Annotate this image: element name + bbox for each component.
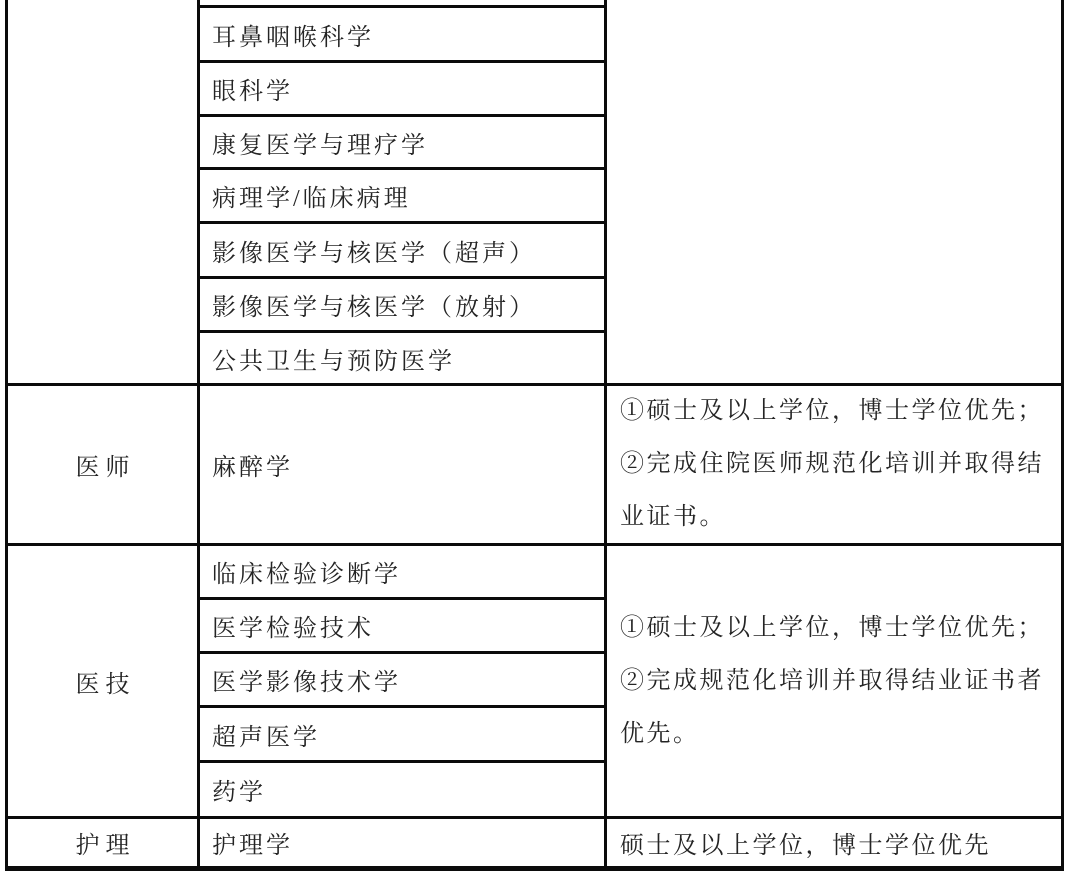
category-cell-physician: 医师 [8,383,197,543]
requirement-line: ①硕士及以上学位，博士学位优先； [620,602,1057,655]
requirement-line: ①硕士及以上学位，博士学位优先； [620,385,1057,438]
category-cell-cutoff [8,0,197,383]
specialty-cell-ultrasound-medicine: 超声医学 [197,705,604,760]
specialty-cell-ent: 耳鼻咽喉科学 [197,5,604,60]
requirement-text-physician: ①硕士及以上学位，博士学位优先； ②完成住院医师规范化培训并取得结 业证书。 [620,385,1057,543]
requirement-text-nursing: 硕士及以上学位，博士学位优先 [620,825,1057,860]
specialty-cell-lab-technology: 医学检验技术 [197,597,604,651]
specialty-cell-rehabilitation: 康复医学与理疗学 [197,114,604,167]
specialty-cell-pathology: 病理学/临床病理 [197,167,604,221]
specialty-cell-imaging-ultrasound: 影像医学与核医学（超声） [197,221,604,276]
specialty-cell-imaging-technology: 医学影像技术学 [197,651,604,705]
requirement-line: 硕士及以上学位，博士学位优先 [620,825,1057,860]
requirement-line: 优先。 [620,708,1057,761]
specialty-cell-lab-diagnostics: 临床检验诊断学 [197,543,604,597]
requirement-cell-medtech: ①硕士及以上学位，博士学位优先； ②完成规范化培训并取得结业证书者 优先。 [604,543,1061,816]
document-page: 医师 医技 护理 耳鼻咽喉科学 眼科学 康复医学与理疗学 病理学/临床病理 影像… [0,0,1066,874]
recruitment-requirements-table: 医师 医技 护理 耳鼻咽喉科学 眼科学 康复医学与理疗学 病理学/临床病理 影像… [5,0,1064,871]
category-cell-nursing: 护理 [8,816,197,866]
specialty-cell-public-health: 公共卫生与预防医学 [197,330,604,383]
category-cell-medtech: 医技 [8,543,197,816]
requirement-line: 业证书。 [620,491,1057,543]
specialty-cell-nursing-science: 护理学 [197,816,604,866]
specialty-cell-ophthalmology: 眼科学 [197,60,604,114]
specialty-cell-imaging-radiology: 影像医学与核医学（放射） [197,276,604,330]
requirement-line: ②完成住院医师规范化培训并取得结 [620,438,1057,491]
requirement-cell-cutoff [604,0,1061,383]
requirement-cell-nursing: 硕士及以上学位，博士学位优先 [604,816,1061,866]
specialty-cell-anesthesiology: 麻醉学 [197,383,604,543]
requirement-cell-physician: ①硕士及以上学位，博士学位优先； ②完成住院医师规范化培训并取得结 业证书。 [604,383,1061,543]
requirement-line: ②完成规范化培训并取得结业证书者 [620,655,1057,708]
requirement-text-medtech: ①硕士及以上学位，博士学位优先； ②完成规范化培训并取得结业证书者 优先。 [620,602,1057,761]
specialty-cell-pharmacy: 药学 [197,760,604,816]
